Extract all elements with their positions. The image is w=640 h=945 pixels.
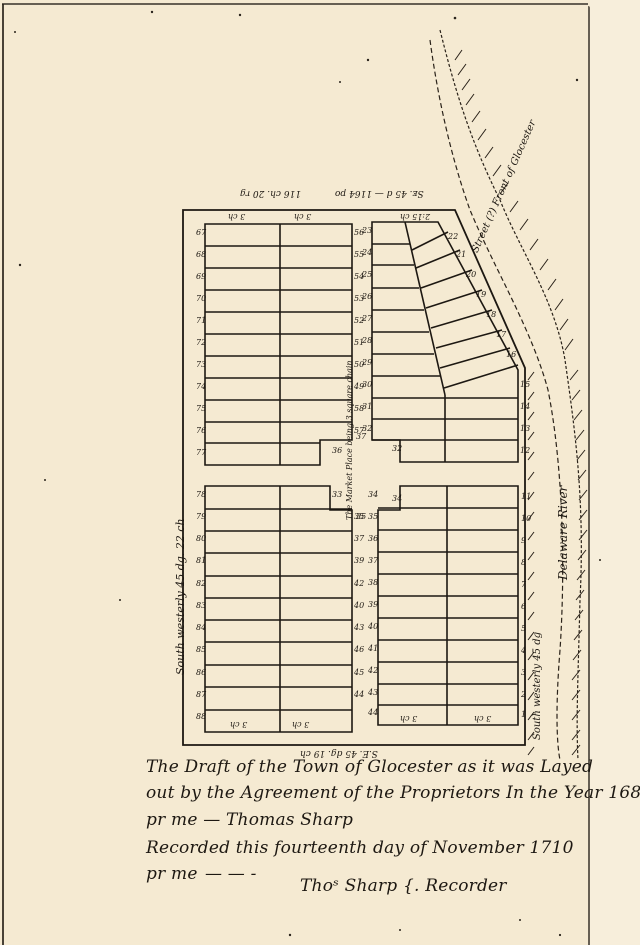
recorder-signature: Thoˢ Sharp {. Recorder: [300, 876, 507, 896]
river-name-label: Delaware River: [556, 486, 570, 580]
top-distance-label: 116 ch. 20 rg: [240, 188, 301, 198]
block-southwest: [205, 486, 352, 732]
nw-block-top-right-label: 3 ch: [294, 212, 311, 221]
block-northwest-lot-lines: [205, 246, 352, 443]
caption-line-3: pr me — Thomas Sharp: [146, 810, 353, 830]
caption-line-5-left: pr me: [146, 864, 198, 884]
se-block-bottom-left-label: 3 ch: [400, 714, 417, 723]
top-bearing-label: Sᴇ. 45 d — 1164 po: [335, 188, 424, 198]
block-southeast-lot-lines: [378, 508, 518, 705]
river-banks: [430, 30, 581, 760]
town-plat-drawing: [0, 0, 640, 945]
block-southeast: [378, 486, 518, 725]
block-southwest-lot-lines: [205, 509, 352, 710]
block-northwest: [205, 224, 352, 465]
market-place-label: The Market Place being 3 square chain: [345, 430, 354, 520]
riverbank-bearing-label: South westerly 45 dg: [532, 632, 543, 740]
caption-line-5-dashes: — — -: [205, 864, 257, 884]
se-block-bottom-right-label: 3 ch: [474, 714, 491, 723]
sw-block-bottom-left-label: 3 ch: [230, 720, 247, 729]
caption-line-4: Recorded this fourteenth day of November…: [146, 838, 574, 858]
left-boundary-label: South westerly 45 dg. 22 ch: [174, 518, 187, 675]
caption-line-1: The Draft of the Town of Glocester as it…: [146, 757, 593, 777]
top-inner-right-label: 2:15 ch: [400, 212, 430, 221]
caption-line-2: out by the Agreement of the Proprietors …: [146, 783, 640, 803]
sw-block-bottom-right-label: 3 ch: [292, 720, 309, 729]
nw-block-top-left-label: 3 ch: [228, 212, 245, 221]
